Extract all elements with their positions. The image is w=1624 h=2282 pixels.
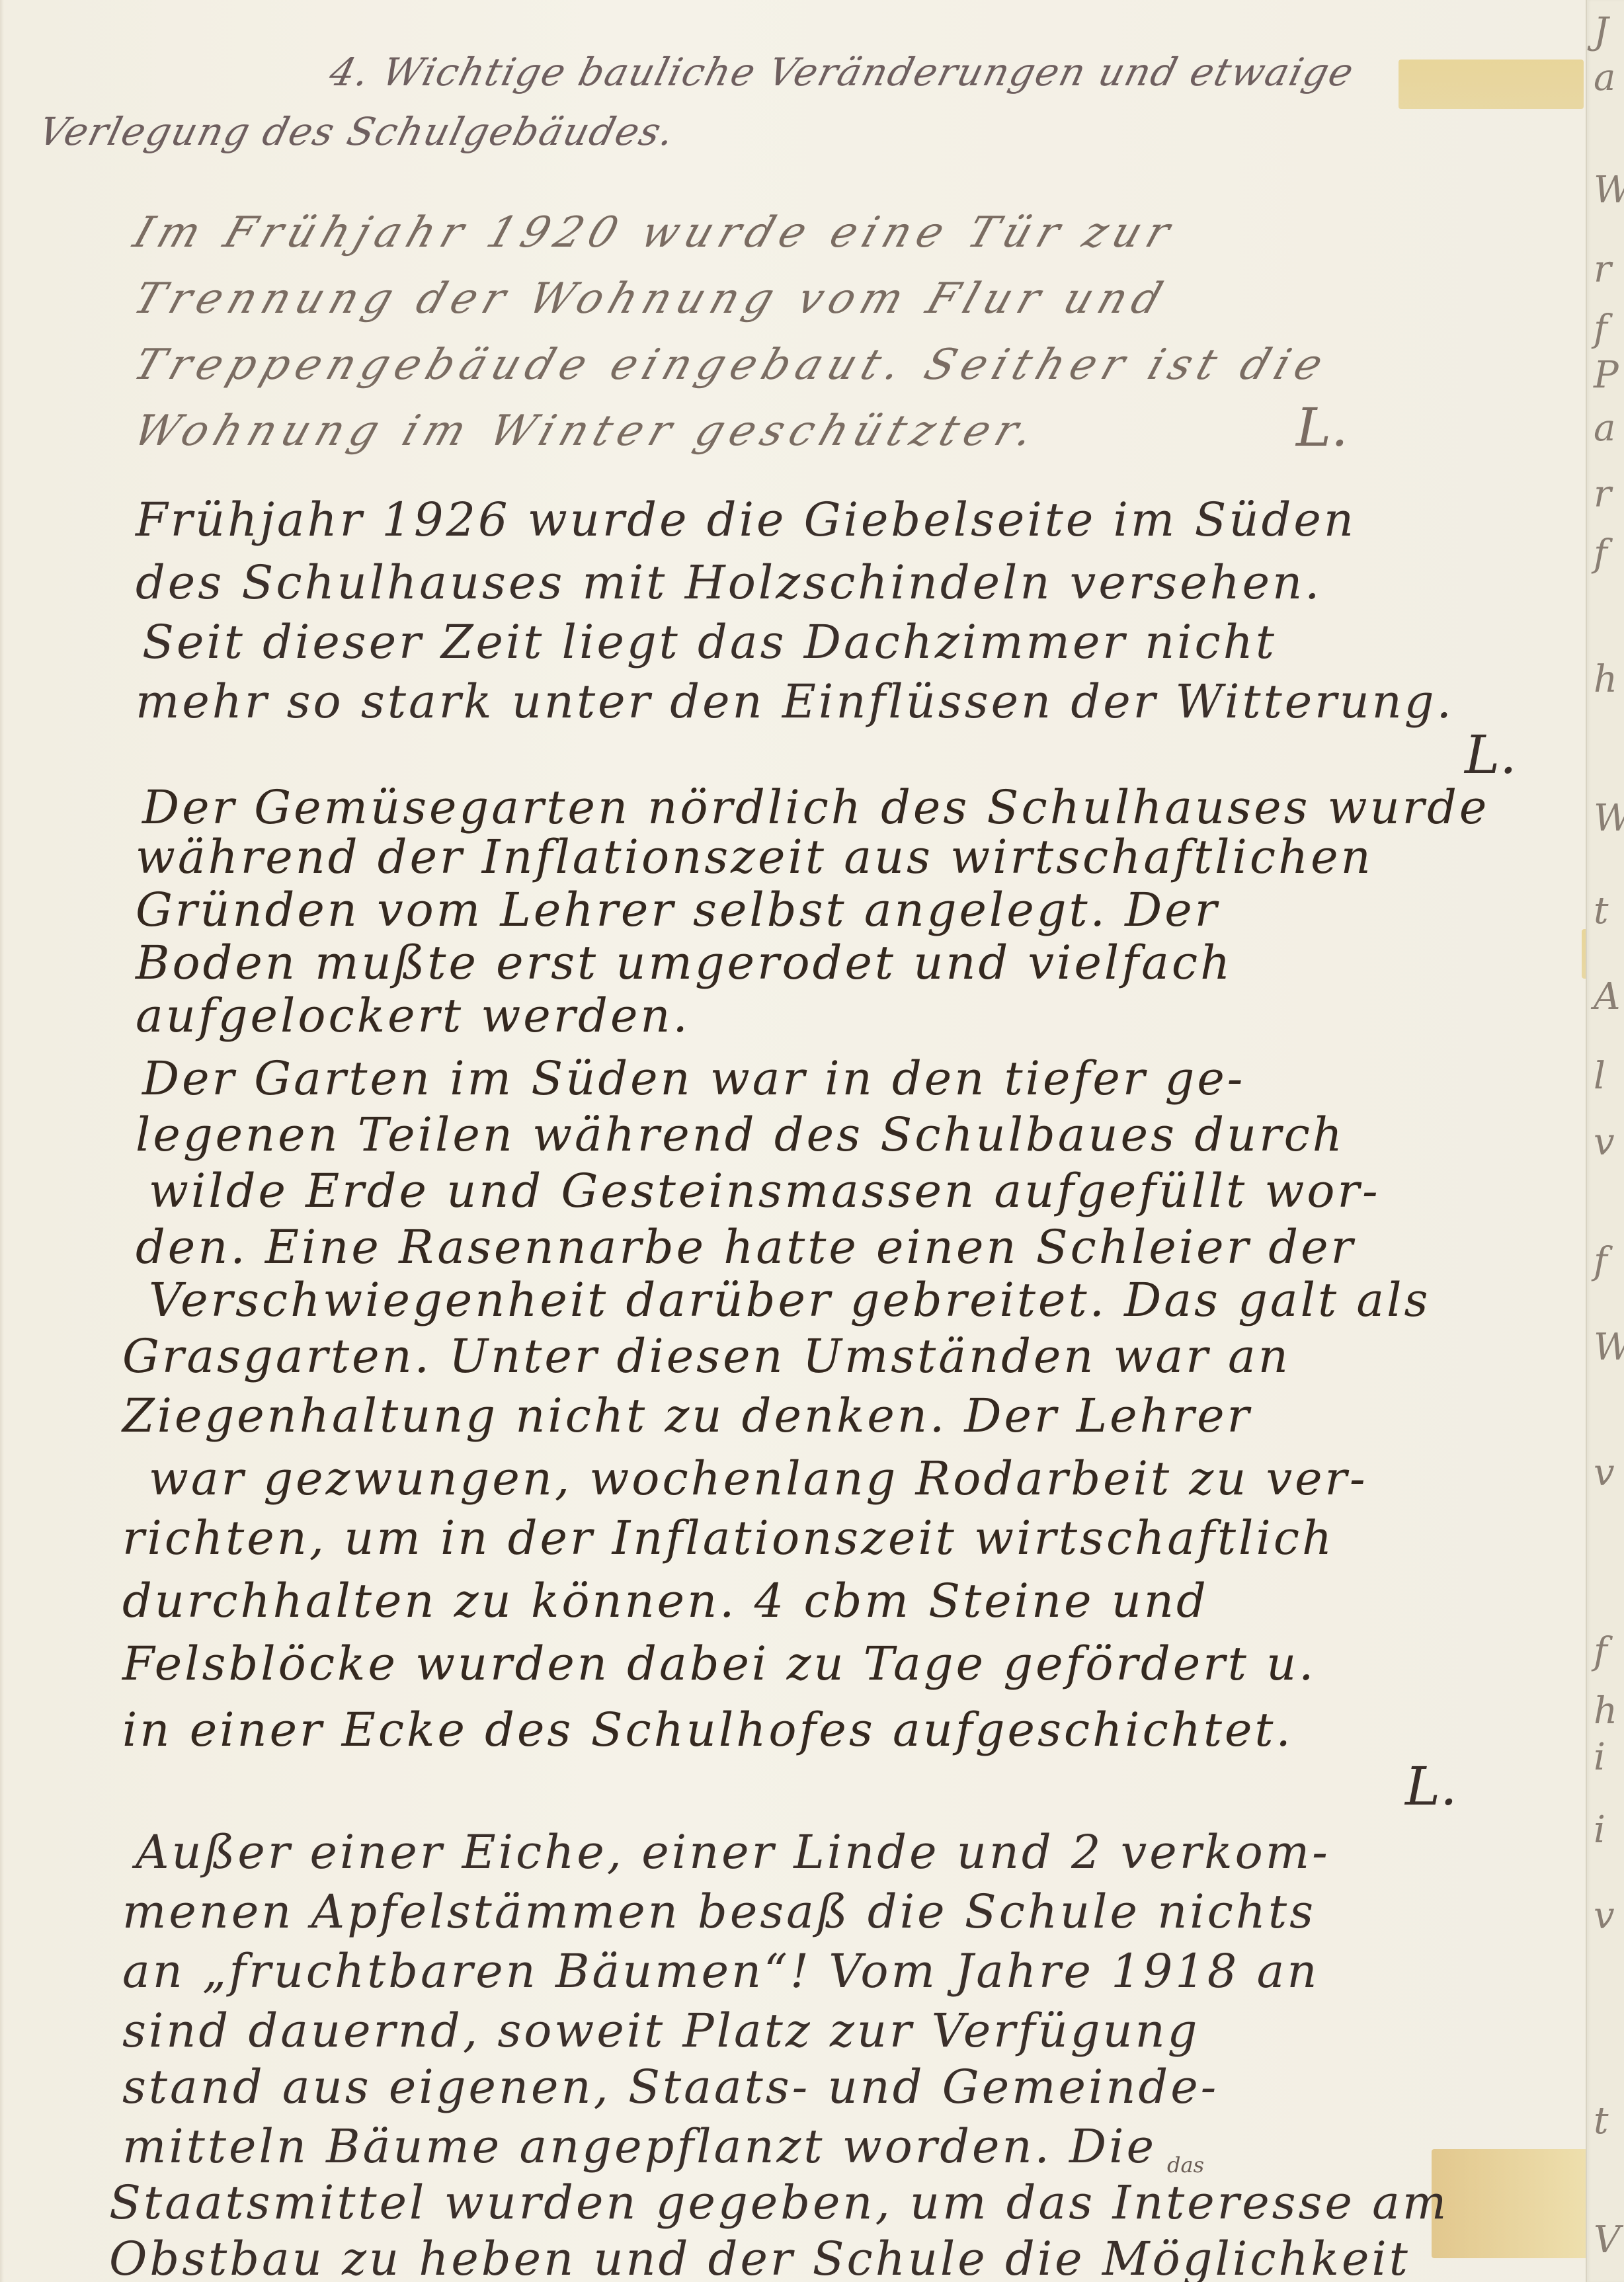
text-line: Grasgarten. Unter diesen Umständen war a… <box>122 1329 1291 1383</box>
text-line: Wohnung im Winter geschützter. <box>128 407 1046 456</box>
page-fragment: l <box>1594 1058 1605 1095</box>
text-line: den. Eine Rasennarbe hatte einen Schleie… <box>136 1220 1356 1274</box>
page-fragment: v <box>1594 1124 1615 1161</box>
text-line: an „fruchtbaren Bäumen“! Vom Jahre 1918 … <box>122 1944 1319 1998</box>
text-line: während der Inflationszeit aus wirtschaf… <box>136 830 1373 884</box>
page-fragment: f <box>1594 536 1607 573</box>
tape-stain-bottom <box>1432 2149 1594 2258</box>
text-line: sind dauernd, soweit Platz zur Verfügung <box>122 2004 1200 2058</box>
text-line: Frühjahr 1926 wurde die Giebelseite im S… <box>136 493 1356 547</box>
text-line: aufgelockert werden. <box>136 989 690 1043</box>
text-line: Im Frühjahr 1920 wurde eine Tür zur <box>128 208 1182 257</box>
adjacent-page-edge: J a W r f P a r f h W t A l v f W v f h … <box>1586 0 1624 2282</box>
page-fragment: v <box>1594 1455 1615 1492</box>
text-line: Treppengebäude eingebaut. Seither ist di… <box>128 341 1335 389</box>
text-line: durchhalten zu können. 4 cbm Steine und <box>122 1574 1209 1628</box>
page-fragment: J <box>1594 13 1608 50</box>
text-line: Ziegenhaltung nicht zu denken. Der Lehre… <box>122 1389 1252 1443</box>
text-line: Gründen vom Lehrer selbst angelegt. Der <box>136 883 1219 937</box>
page-fragment: i <box>1594 1739 1605 1776</box>
text-line: Trennung der Wohnung vom Flur und <box>128 274 1174 323</box>
text-line: Verschwiegenheit darüber gebreitet. Das … <box>149 1273 1430 1327</box>
page-fragment: t <box>1594 2103 1609 2140</box>
page-fragment: W <box>1594 1329 1624 1366</box>
interlinear-insertion: das <box>1167 2152 1204 2178</box>
section-heading-line-2: Verlegung des Schulgebäudes. <box>34 109 680 154</box>
page-fragment: r <box>1594 251 1611 288</box>
text-line: Der Gemüsegarten nördlich des Schulhause… <box>142 780 1489 835</box>
page-fragment: i <box>1594 1812 1605 1849</box>
signature-initial: L. <box>1405 1756 1457 1817</box>
page-fragment: W <box>1594 800 1624 837</box>
document-page: 4. Wichtige bauliche Veränderungen und e… <box>0 0 1590 2282</box>
signature-initial: L. <box>1465 724 1517 786</box>
text-line: Obstbau zu heben und der Schule die Mögl… <box>109 2232 1410 2282</box>
text-line: wilde Erde und Gesteinsmassen aufgefüllt… <box>149 1164 1381 1218</box>
tape-stain-top <box>1399 60 1584 109</box>
page-fragment: A <box>1594 979 1620 1016</box>
page-fragment: r <box>1594 476 1611 513</box>
text-line: mitteln Bäume angepflanzt worden. Die <box>122 2119 1157 2174</box>
text-line: legenen Teilen während des Schulbaues du… <box>136 1108 1345 1162</box>
text-line: Boden mußte erst umgerodet und vielfach <box>136 936 1233 990</box>
page-edge <box>0 0 4 2282</box>
page-fragment: h <box>1594 661 1617 698</box>
page-fragment: a <box>1594 60 1615 97</box>
page-fragment: V <box>1594 2222 1620 2259</box>
page-fragment: t <box>1594 893 1609 930</box>
text-line: in einer Ecke des Schulhofes aufgeschich… <box>122 1703 1293 1757</box>
signature-initial: L. <box>1296 397 1348 458</box>
text-line: richten, um in der Inflationszeit wirtsc… <box>122 1511 1334 1565</box>
text-line: des Schulhauses mit Holzschindeln verseh… <box>136 555 1322 610</box>
page-fragment: v <box>1594 1898 1615 1935</box>
text-line: Staatsmittel wurden gegeben, um das Inte… <box>109 2176 1449 2230</box>
page-fragment: f <box>1594 1633 1607 1670</box>
section-heading-line-1: 4. Wichtige bauliche Veränderungen und e… <box>325 50 1360 95</box>
page-fragment: h <box>1594 1693 1617 1730</box>
page-fragment: f <box>1594 1243 1607 1280</box>
text-line: Felsblöcke wurden dabei zu Tage geförder… <box>122 1637 1316 1691</box>
page-fragment: P <box>1594 357 1619 394</box>
text-line: war gezwungen, wochenlang Rodarbeit zu v… <box>149 1451 1368 1506</box>
text-line: stand aus eigenen, Staats- und Gemeinde- <box>122 2060 1219 2114</box>
text-line: Der Garten im Süden war in den tiefer ge… <box>142 1051 1245 1106</box>
text-line: Seit dieser Zeit liegt das Dachzimmer ni… <box>142 615 1277 669</box>
text-line: Außer einer Eiche, einer Linde und 2 ver… <box>136 1825 1330 1879</box>
page-fragment: W <box>1594 172 1624 209</box>
text-line: mehr so stark unter den Einflüssen der W… <box>136 674 1454 729</box>
page-fragment: f <box>1594 311 1607 348</box>
text-line: menen Apfelstämmen besaß die Schule nich… <box>122 1885 1316 1939</box>
page-fragment: a <box>1594 410 1615 447</box>
